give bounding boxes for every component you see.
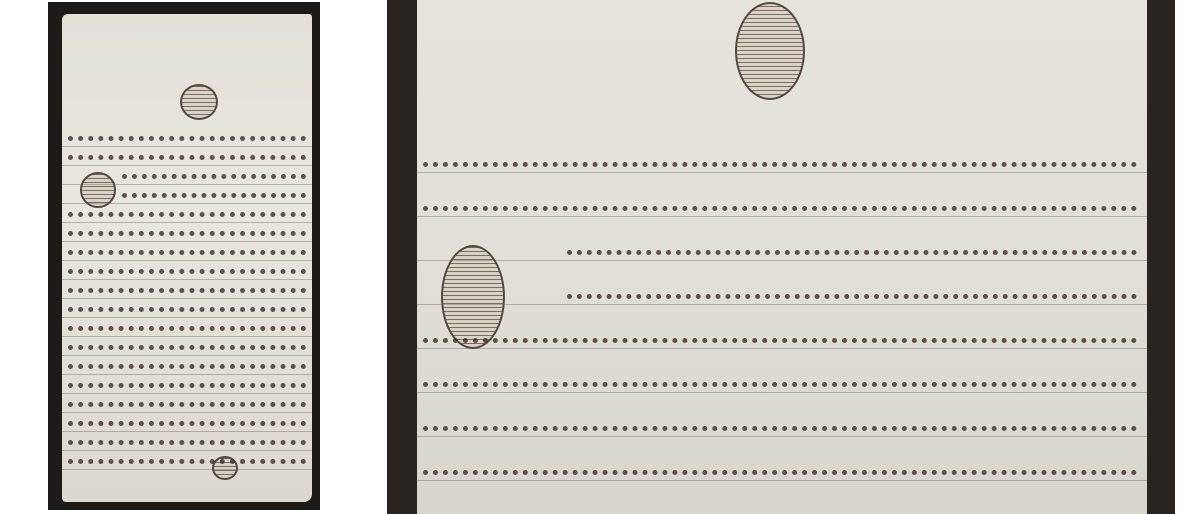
ruled-line (62, 336, 312, 337)
top-seal (735, 2, 805, 100)
handwritten-line (68, 231, 306, 236)
manuscript-detail-photo (387, 0, 1175, 514)
ruled-line (62, 184, 312, 185)
handwritten-line (567, 250, 1137, 255)
ruled-line (417, 304, 1147, 305)
ruled-line (62, 146, 312, 147)
ruled-line (62, 260, 312, 261)
ruled-line (62, 317, 312, 318)
manuscript-full-photo (48, 2, 320, 510)
ruled-line (62, 279, 312, 280)
handwritten-line (68, 307, 306, 312)
handwritten-line (68, 212, 306, 217)
handwritten-line (122, 174, 306, 179)
handwritten-line (68, 421, 306, 426)
ruled-line (62, 203, 312, 204)
handwritten-line (567, 294, 1137, 299)
ruled-line (62, 241, 312, 242)
handwritten-line (423, 162, 1137, 167)
ruled-line (62, 412, 312, 413)
ruled-line (417, 348, 1147, 349)
ruled-line (62, 298, 312, 299)
handwritten-line (68, 440, 306, 445)
top-seal (180, 84, 218, 120)
handwritten-line (423, 338, 1137, 343)
ruled-line (417, 260, 1147, 261)
ruled-line (417, 436, 1147, 437)
ruled-line (62, 222, 312, 223)
handwritten-line (68, 250, 306, 255)
ruled-line (62, 355, 312, 356)
ruled-line (417, 480, 1147, 481)
ruled-line (62, 450, 312, 451)
ruled-line (417, 392, 1147, 393)
handwritten-line (423, 426, 1137, 431)
ruled-line (62, 431, 312, 432)
manuscript-paper-detail (417, 0, 1147, 514)
handwritten-line (423, 382, 1137, 387)
handwritten-line (68, 402, 306, 407)
handwritten-line (68, 345, 306, 350)
handwritten-line (68, 383, 306, 388)
handwritten-line (68, 136, 306, 141)
ruled-line (62, 393, 312, 394)
handwritten-line (122, 193, 306, 198)
ruled-line (62, 374, 312, 375)
ruled-line (62, 165, 312, 166)
manuscript-paper (62, 14, 312, 502)
handwritten-line (68, 155, 306, 160)
ruled-line (417, 216, 1147, 217)
ruled-line (417, 172, 1147, 173)
handwritten-line (68, 459, 306, 464)
ruled-line (62, 469, 312, 470)
handwritten-line (68, 364, 306, 369)
handwritten-line (423, 206, 1137, 211)
handwritten-line (68, 269, 306, 274)
handwritten-line (68, 288, 306, 293)
handwritten-line (423, 470, 1137, 475)
handwritten-line (68, 326, 306, 331)
